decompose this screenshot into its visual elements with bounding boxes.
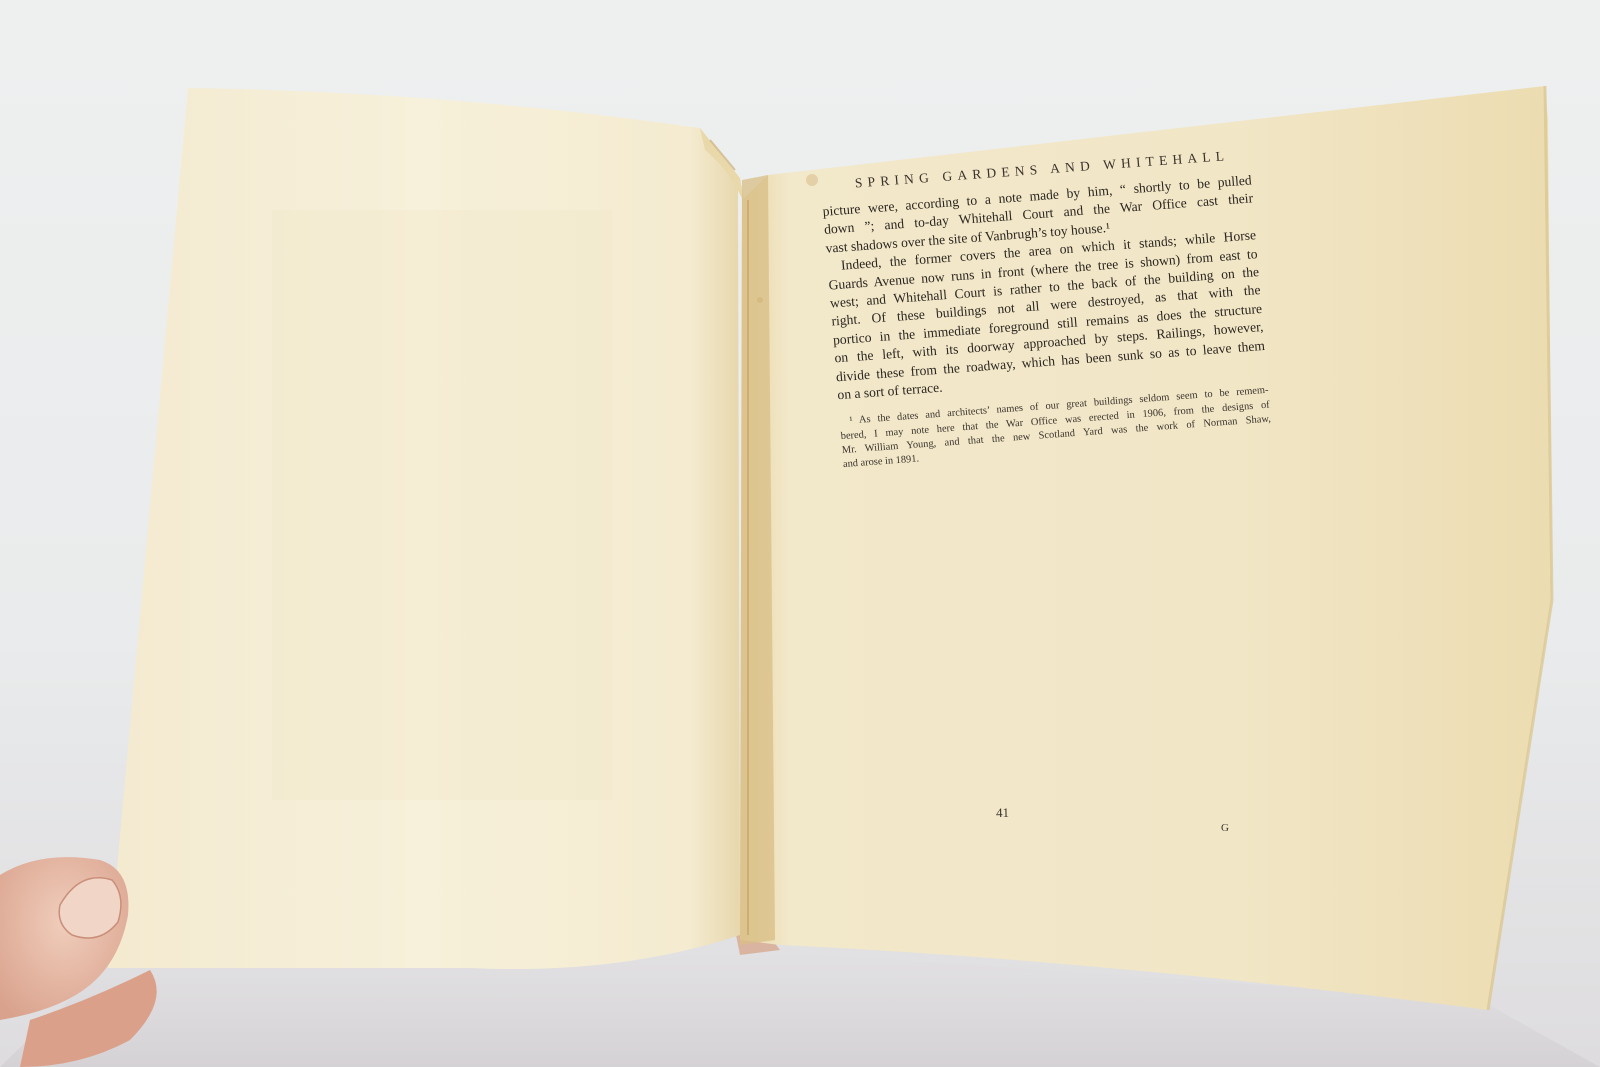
right-page-text: SPRING GARDENS AND WHITEHALL picture wer… — [820, 147, 1273, 473]
page-number: 41 — [996, 805, 1009, 821]
foxing-spot — [806, 174, 818, 186]
photo-scene: SPRING GARDENS AND WHITEHALL picture wer… — [0, 0, 1600, 1067]
open-book — [0, 0, 1600, 1067]
plate-show-through — [272, 210, 612, 800]
signature-mark: G — [1221, 822, 1229, 834]
body-paragraphs: picture were, according to a note made b… — [822, 171, 1267, 404]
foxing-spot — [757, 297, 763, 303]
